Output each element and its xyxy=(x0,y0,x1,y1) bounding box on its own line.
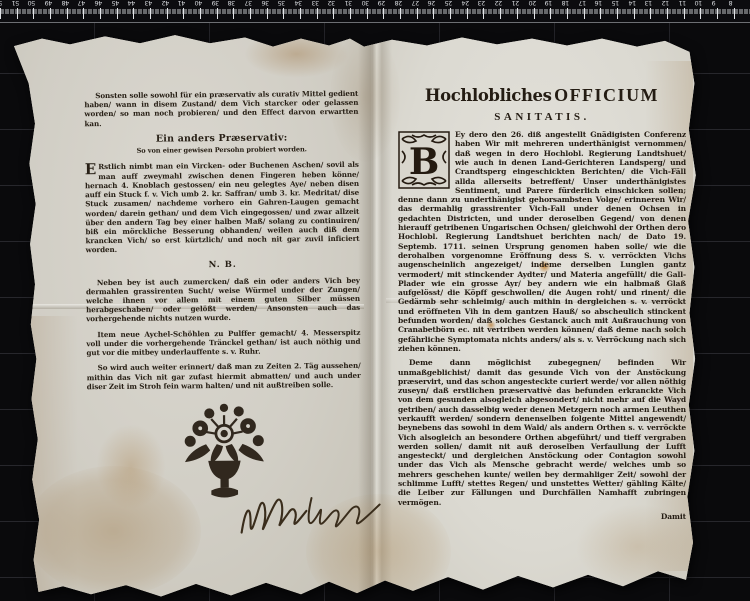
ruler-cm-number: 45 xyxy=(112,0,119,7)
ruler-cm-number: 29 xyxy=(378,0,385,7)
ruler-cm-number: 18 xyxy=(562,0,569,7)
ruler-cm-number: 22 xyxy=(495,0,502,7)
page-subtitle: SANITATIS. xyxy=(398,111,686,125)
ruler-cm-number: 35 xyxy=(278,0,285,7)
paragraph: ERstlich nimbt man ein Vircken- oder Buc… xyxy=(85,160,360,255)
ruler-cm-number: 36 xyxy=(262,0,269,7)
ruler-cm-number: 34 xyxy=(295,0,302,7)
photo-frame: 5251504948474645444342414039383736353433… xyxy=(0,0,750,601)
paragraph: Item neue Aychel-Schöhlen zu Pulffer gem… xyxy=(86,327,360,357)
ruler-cm-number: 39 xyxy=(212,0,219,7)
paragraph: Sonsten solle sowohl für ein præservativ… xyxy=(84,89,358,128)
ruler-cm-number: 9 xyxy=(712,0,716,7)
nota-bene-label: N. B. xyxy=(86,258,360,271)
ruler-cm-number: 30 xyxy=(362,0,369,7)
document-sheet: Sonsten solle sowohl für ein præservativ… xyxy=(0,26,700,600)
paragraph: B Ey dero den 26. diß angestellt Gnädigi… xyxy=(398,130,686,353)
ruler-cm-number: 40 xyxy=(195,0,202,7)
paragraph: So wird auch weiter erinnert/ daß man zu… xyxy=(87,361,361,391)
ruler-cm-number: 43 xyxy=(145,0,152,7)
paragraph: Neben bey ist auch zumercken/ daß ein od… xyxy=(86,275,360,323)
ruler-cm-number: 44 xyxy=(128,0,135,7)
title-roman: OFFICIUM xyxy=(554,85,659,105)
ruler-cm-number: 49 xyxy=(45,0,52,7)
ruler-cm-number: 14 xyxy=(629,0,636,7)
ruler-cm-number: 46 xyxy=(95,0,102,7)
ruler-cm-number: 37 xyxy=(245,0,252,7)
ruler-scale: 5251504948474645444342414039383736353433… xyxy=(0,0,750,23)
ruler-cm-number: 10 xyxy=(695,0,702,7)
ruler-cm-number: 20 xyxy=(529,0,536,7)
ruler-cm-number: 48 xyxy=(62,0,69,7)
ruler-cm-number: 42 xyxy=(162,0,169,7)
ruler-cm-number: 31 xyxy=(345,0,352,7)
ruler-cm-number: 13 xyxy=(645,0,652,7)
drop-cap-letter: E xyxy=(85,163,98,177)
ruler-cm-number: 47 xyxy=(78,0,85,7)
svg-text:B: B xyxy=(409,141,439,183)
ruler-cm-number: 32 xyxy=(328,0,335,7)
ruler-cm-cell: 8 xyxy=(734,0,750,22)
catchword: Damit xyxy=(398,512,686,521)
section-subheading: So von einer gewisen Persohn probiert wo… xyxy=(85,145,359,156)
ruler-cm-number: 11 xyxy=(679,0,686,7)
ruler-cm-number: 33 xyxy=(312,0,319,7)
ruler-cm-number: 16 xyxy=(595,0,602,7)
section-heading: Ein anders Præservativ: xyxy=(85,132,359,147)
left-page-text-block: Sonsten solle sowohl für ein præservativ… xyxy=(84,89,362,506)
title-fraktur: Hochlobliches xyxy=(425,86,552,105)
ornamental-initial-icon: B xyxy=(398,131,450,189)
ruler-cm-number: 27 xyxy=(412,0,419,7)
page-title: Hochlobliches OFFICIUM xyxy=(398,84,686,106)
right-page-text-block: Hochlobliches OFFICIUM SANITATIS. xyxy=(398,84,686,526)
ruler-cm-number: 23 xyxy=(478,0,485,7)
ruler-cm-number: 12 xyxy=(662,0,669,7)
ruler-cm-number: 25 xyxy=(445,0,452,7)
ruler-cm-number: 21 xyxy=(512,0,519,7)
document-sheet-wrap: Sonsten solle sowohl für ein præservativ… xyxy=(0,26,700,600)
ruler-cm-number: 15 xyxy=(612,0,619,7)
ruler-cm-number: 41 xyxy=(178,0,185,7)
ruler-cm-number: 51 xyxy=(12,0,19,7)
ruler-cm-number: 8 xyxy=(729,0,733,7)
paragraph: Deme dann möglichist zubegegnen/ befinde… xyxy=(398,358,686,507)
ruler-cm-number: 52 xyxy=(0,0,2,7)
ruler-cm-number: 50 xyxy=(28,0,35,7)
ruler-cm-number: 19 xyxy=(545,0,552,7)
ruler-cm-number: 24 xyxy=(462,0,469,7)
ruler-cm-number: 28 xyxy=(395,0,402,7)
ruler-cm-number: 38 xyxy=(228,0,235,7)
ruler-cm-number: 26 xyxy=(428,0,435,7)
ruler-cm-number: 17 xyxy=(579,0,586,7)
